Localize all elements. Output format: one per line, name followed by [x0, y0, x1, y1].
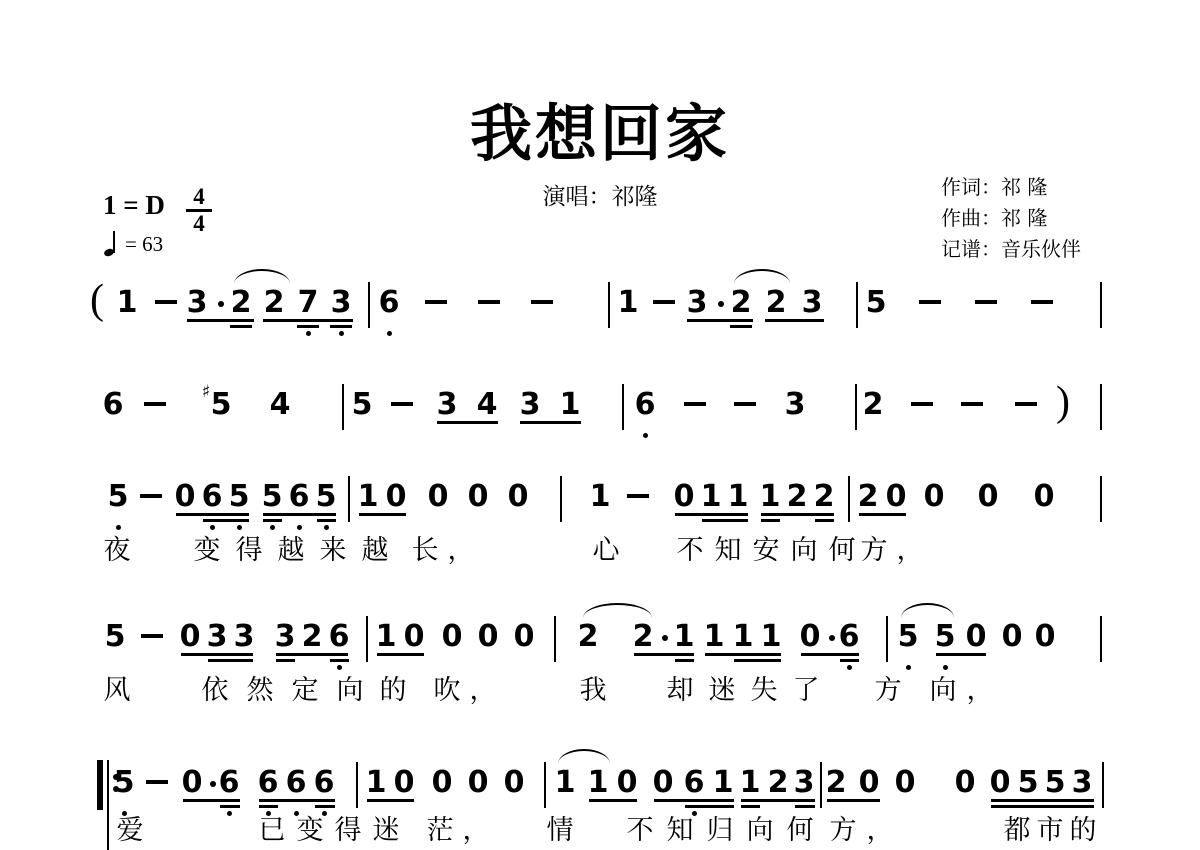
lyric-syllable: 向	[930, 676, 957, 706]
octave-dot	[306, 331, 311, 336]
note: 0	[182, 768, 203, 798]
beam-underline	[687, 319, 753, 322]
beam-underline	[859, 513, 906, 516]
slur-arc	[583, 603, 652, 618]
barline	[622, 384, 624, 430]
dash-duration	[627, 494, 649, 498]
note: 2	[766, 288, 787, 318]
lyric-syllable: 方	[830, 816, 857, 846]
beam-underline	[795, 805, 815, 808]
slur-arc	[558, 749, 610, 764]
lyric-syllable: 风	[104, 676, 131, 706]
note: 4	[270, 390, 291, 420]
note: 3	[794, 768, 815, 798]
lyric-syllable: 变	[194, 536, 221, 566]
note: 1	[366, 768, 387, 798]
barline	[856, 282, 858, 328]
lyric-syllable: 何	[829, 536, 856, 566]
lyric-syllable: 越	[362, 536, 389, 566]
note: 1	[358, 482, 379, 512]
beam-underline	[263, 319, 353, 322]
note: 6	[258, 768, 279, 798]
beam-underline	[734, 659, 781, 662]
note: 6	[839, 622, 860, 652]
note: 1	[618, 288, 639, 318]
note: 1	[555, 768, 576, 798]
note: 2	[578, 622, 599, 652]
lyric-syllable: 不	[677, 536, 704, 566]
note: 1	[588, 768, 609, 798]
note: 5	[262, 482, 283, 512]
beam-underline	[183, 799, 240, 802]
lyric-syllable: 越	[278, 536, 305, 566]
octave-dot	[847, 665, 852, 670]
lyric-syllable: 知	[715, 536, 742, 566]
lyric-syllable: ，	[897, 536, 924, 566]
lyric-syllable: 归	[707, 816, 734, 846]
beam-underline	[702, 519, 748, 522]
octave-dot	[324, 525, 329, 530]
note: 0	[653, 768, 674, 798]
note: 3	[234, 622, 255, 652]
augmentation-dot	[829, 635, 835, 641]
lyric-syllable: 不	[627, 816, 654, 846]
note: 2	[787, 482, 808, 512]
beam-underline	[520, 421, 581, 424]
lyric-syllable: 依	[202, 676, 229, 706]
beam-underline	[367, 799, 414, 802]
note: 1	[733, 622, 754, 652]
note: 5	[211, 390, 232, 420]
note: 3	[207, 622, 228, 652]
note: 2	[731, 288, 752, 318]
lyric-syllable: 长	[412, 536, 439, 566]
note: 0	[504, 768, 525, 798]
note: 6	[329, 622, 350, 652]
beam-underline	[359, 513, 406, 516]
lyric-syllable: 方	[861, 536, 888, 566]
note: 5	[316, 482, 337, 512]
octave-dot	[643, 433, 648, 438]
beam-underline	[330, 659, 349, 662]
lyric-syllable: ，	[463, 816, 490, 846]
beam-underline	[730, 325, 752, 328]
note: 2	[814, 482, 835, 512]
note: 5	[866, 288, 887, 318]
beam-underline	[220, 805, 240, 808]
octave-dot	[906, 665, 911, 670]
lyric-syllable: 情	[547, 816, 574, 846]
barline	[366, 616, 368, 662]
note: 3	[1072, 768, 1093, 798]
note: 0	[404, 622, 425, 652]
octave-dot	[116, 525, 121, 530]
dash-duration	[478, 300, 500, 304]
lyric-syllable: 迷	[373, 816, 400, 846]
barline	[356, 762, 358, 808]
octave-dot	[297, 525, 302, 530]
note: 3	[437, 390, 458, 420]
lyric-syllable: 得	[236, 536, 263, 566]
lyric-syllable: 茫	[427, 816, 454, 846]
beam-underline	[437, 421, 498, 424]
beam-underline	[801, 653, 859, 656]
barline	[348, 476, 350, 522]
beam-underline	[991, 799, 1094, 802]
dash-duration	[919, 300, 941, 304]
score: (13227361322356♯5453431632)5065565100001…	[0, 0, 1200, 850]
beam-underline	[761, 519, 780, 522]
note: 6	[202, 482, 223, 512]
note: 0	[966, 622, 987, 652]
note: 1	[760, 482, 781, 512]
barline	[848, 476, 850, 522]
beam-underline	[315, 805, 335, 808]
note: 3	[520, 390, 541, 420]
beam-underline	[377, 653, 424, 656]
note: 0	[180, 622, 201, 652]
barline	[1100, 384, 1102, 430]
dash-duration	[684, 402, 706, 406]
note: 6	[684, 768, 705, 798]
dash-duration	[425, 300, 447, 304]
lyric-syllable: 向	[337, 676, 364, 706]
octave-dot	[210, 525, 215, 530]
beam-underline	[181, 653, 253, 656]
barline	[342, 384, 344, 430]
note: 6	[286, 768, 307, 798]
note: 0	[1002, 622, 1023, 652]
note: 6	[103, 390, 124, 420]
beam-underline	[297, 325, 319, 328]
dash-duration	[140, 494, 162, 498]
lyric-syllable: ，	[867, 816, 894, 846]
note: 1	[701, 482, 722, 512]
octave-dot	[270, 525, 275, 530]
beam-underline	[330, 325, 352, 328]
note: 1	[740, 768, 761, 798]
octave-dot	[337, 665, 342, 670]
lyric-syllable: 失	[751, 676, 778, 706]
parenthesis: (	[90, 279, 104, 321]
beam-underline	[230, 325, 252, 328]
note: 5	[935, 622, 956, 652]
note: 5	[105, 622, 126, 652]
note: 6	[379, 288, 400, 318]
parenthesis: )	[1056, 381, 1070, 423]
dash-duration	[911, 402, 933, 406]
barline	[820, 762, 822, 808]
note: 0	[468, 768, 489, 798]
lyric-syllable: 迷	[709, 676, 736, 706]
note: 0	[468, 482, 489, 512]
lyric-syllable: 得	[335, 816, 362, 846]
barline	[1102, 762, 1104, 808]
note: 1	[674, 622, 695, 652]
dash-duration	[1015, 402, 1037, 406]
lyric-syllable: 吹	[434, 676, 461, 706]
lyric-syllable: 我	[580, 676, 607, 706]
octave-dot	[227, 811, 232, 816]
dash-duration	[391, 402, 413, 406]
note: 5	[114, 768, 135, 798]
beam-underline	[259, 799, 335, 802]
beam-underline	[685, 805, 734, 808]
repeat-barline-thick	[97, 760, 103, 810]
beam-underline	[263, 513, 336, 516]
note: 3	[275, 622, 296, 652]
lyric-syllable: ，	[470, 676, 497, 706]
augmentation-dot	[210, 781, 216, 787]
barline	[1100, 616, 1102, 662]
lyric-syllable: 夜	[104, 536, 131, 566]
beam-underline	[263, 519, 282, 522]
note: 2	[302, 622, 323, 652]
lyric-syllable: 来	[320, 536, 347, 566]
slur-arc	[901, 603, 954, 618]
note: 3	[187, 288, 208, 318]
note: 0	[428, 482, 449, 512]
note: 4	[477, 390, 498, 420]
beam-underline	[187, 319, 254, 322]
dash-duration	[531, 300, 553, 304]
barline	[1100, 476, 1102, 522]
beam-underline	[276, 659, 295, 662]
augmentation-dot	[718, 301, 724, 307]
note: 1	[728, 482, 749, 512]
note: 0	[1035, 622, 1056, 652]
note: 2	[633, 622, 654, 652]
octave-dot	[387, 331, 392, 336]
dash-duration	[146, 780, 168, 784]
lyric-syllable: 然	[247, 676, 274, 706]
augmentation-dot	[662, 635, 668, 641]
dash-duration	[975, 300, 997, 304]
lyric-syllable: 已	[259, 816, 286, 846]
dash-duration	[144, 402, 166, 406]
beam-underline	[741, 799, 815, 802]
beam-underline	[827, 799, 880, 802]
beam-underline	[208, 659, 253, 662]
lyric-syllable: 爱	[117, 816, 144, 846]
beam-underline	[203, 519, 249, 522]
note: 2	[863, 390, 884, 420]
augmentation-dot	[218, 301, 224, 307]
beam-underline	[654, 799, 734, 802]
lyric-syllable: ，	[448, 536, 475, 566]
beam-underline	[705, 653, 781, 656]
barline	[544, 762, 546, 808]
beam-underline	[634, 653, 694, 656]
lyric-syllable: 都	[1004, 816, 1031, 846]
barline	[855, 384, 857, 430]
lyric-syllable: 知	[667, 816, 694, 846]
note: 3	[785, 390, 806, 420]
beam-underline	[741, 805, 760, 808]
dash-duration	[653, 300, 675, 304]
note: 0	[617, 768, 638, 798]
note: 1	[560, 390, 581, 420]
note: 0	[990, 768, 1011, 798]
beam-underline	[936, 653, 986, 656]
beam-underline	[589, 799, 637, 802]
lyric-syllable: ，	[967, 676, 994, 706]
note: 2	[768, 768, 789, 798]
note: 6	[635, 390, 656, 420]
beam-underline	[259, 805, 278, 808]
note: 1	[376, 622, 397, 652]
note: 1	[713, 768, 734, 798]
lyric-syllable: 却	[667, 676, 694, 706]
dash-duration	[961, 402, 983, 406]
barline	[560, 476, 562, 522]
note: 0	[859, 768, 880, 798]
note: 2	[264, 288, 285, 318]
note: 0	[508, 482, 529, 512]
octave-dot	[237, 525, 242, 530]
note: 2	[826, 768, 847, 798]
note: 5	[108, 482, 129, 512]
barline	[554, 616, 556, 662]
note: 0	[432, 768, 453, 798]
barline	[608, 282, 610, 328]
octave-dot	[943, 665, 948, 670]
beam-underline	[761, 513, 834, 516]
slur-arc	[734, 269, 790, 284]
lyric-syllable: 的	[1070, 816, 1097, 846]
note: 1	[761, 622, 782, 652]
note: 3	[331, 288, 352, 318]
note: 0	[924, 482, 945, 512]
note: 3	[802, 288, 823, 318]
note: 2	[231, 288, 252, 318]
note: 1	[117, 288, 138, 318]
note: 3	[687, 288, 708, 318]
note: 1	[590, 482, 611, 512]
dash-duration	[141, 634, 163, 638]
sheet-music-page: 我想回家 演唱：祁隆 作词：祁 隆 作曲：祁 隆 记谱：音乐伙伴 1 = D 4…	[0, 0, 1200, 850]
beam-underline	[317, 519, 336, 522]
beam-underline	[840, 659, 859, 662]
note: 0	[955, 768, 976, 798]
lyric-syllable: 市	[1037, 816, 1064, 846]
lyric-syllable: 定	[292, 676, 319, 706]
lyric-syllable: 方	[875, 676, 902, 706]
note: 2	[858, 482, 879, 512]
note: 5	[1018, 768, 1039, 798]
note: 5	[229, 482, 250, 512]
beam-underline	[991, 805, 1094, 808]
lyric-syllable: 安	[753, 536, 780, 566]
sharp-accidental-icon: ♯	[202, 384, 210, 401]
note: 0	[478, 622, 499, 652]
barline	[886, 616, 888, 662]
beam-underline	[765, 319, 824, 322]
lyric-syllable: 的	[380, 676, 407, 706]
note: 0	[895, 768, 916, 798]
octave-dot	[339, 331, 344, 336]
note: 7	[298, 288, 319, 318]
note: 5	[898, 622, 919, 652]
note: 5	[1045, 768, 1066, 798]
barline	[368, 282, 370, 328]
beam-underline	[675, 659, 694, 662]
note: 0	[886, 482, 907, 512]
repeat-barline-thin	[107, 760, 109, 850]
note: 0	[514, 622, 535, 652]
lyric-syllable: 变	[297, 816, 324, 846]
note: 0	[442, 622, 463, 652]
note: 0	[386, 482, 407, 512]
note: 6	[314, 768, 335, 798]
dash-duration	[1031, 300, 1053, 304]
note: 5	[352, 390, 373, 420]
beam-underline	[815, 519, 834, 522]
slur-arc	[234, 269, 290, 284]
lyric-syllable: 心	[593, 536, 620, 566]
lyric-syllable: 向	[791, 536, 818, 566]
dash-duration	[734, 402, 756, 406]
lyric-syllable: 何	[787, 816, 814, 846]
note: 0	[674, 482, 695, 512]
lyric-syllable: 向	[747, 816, 774, 846]
dash-duration	[155, 300, 177, 304]
lyric-syllable: 了	[793, 676, 820, 706]
note: 1	[704, 622, 725, 652]
note: 0	[978, 482, 999, 512]
beam-underline	[675, 513, 748, 516]
note: 6	[289, 482, 310, 512]
note: 6	[219, 768, 240, 798]
beam-underline	[176, 513, 249, 516]
note: 0	[175, 482, 196, 512]
note: 0	[394, 768, 415, 798]
note: 0	[800, 622, 821, 652]
beam-underline	[276, 653, 348, 656]
note: 0	[1034, 482, 1055, 512]
barline	[1100, 282, 1102, 328]
